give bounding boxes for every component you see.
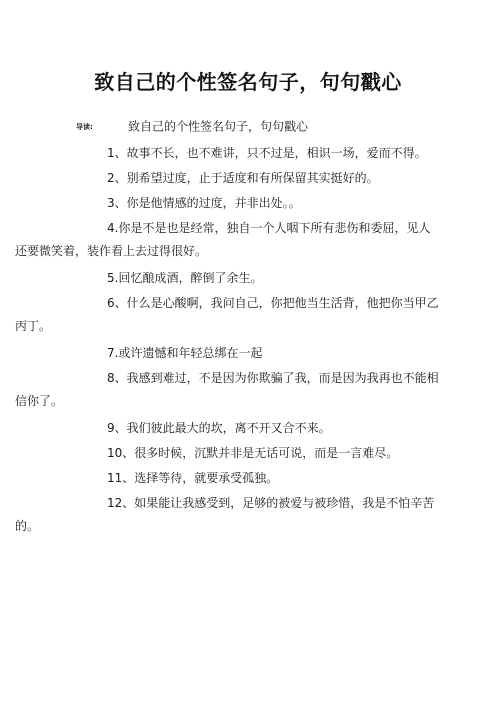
list-item: 9、我们彼此最大的坎，离不开又合不来。 bbox=[15, 417, 440, 440]
list-item: 10、很多时候，沉默并非是无话可说，而是一言难尽。 bbox=[15, 442, 440, 465]
list-item: 4.你是不是也是经常，独自一个人咽下所有悲伤和委屈，见人还要微笑着，装作看上去过… bbox=[15, 217, 440, 263]
document-page: 致自己的个性签名句子，句句戳心 导读:致自己的个性签名句子，句句戳心 1、故事不… bbox=[0, 0, 496, 702]
list-item: 5.回忆酿成酒，醉倒了余生。 bbox=[15, 267, 440, 290]
list-item: 6、什么是心酸啊，我问自己，你把他当生活背，他把你当甲乙丙丁。 bbox=[15, 292, 440, 338]
list-item: 3、你是他情感的过度，并非出处。。 bbox=[15, 192, 440, 215]
lead-section: 导读:致自己的个性签名句子，句句戳心 bbox=[76, 118, 308, 135]
list-item: 8、我感到难过，不是因为你欺骗了我，而是因为我再也不能相信你了。 bbox=[15, 367, 440, 413]
list-item: 12、如果能让我感受到，足够的被爱与被珍惜，我是不怕辛苦的。 bbox=[15, 492, 440, 538]
lead-label: 导读: bbox=[76, 119, 128, 135]
document-title: 致自己的个性签名句子，句句戳心 bbox=[0, 69, 496, 95]
lead-text: 致自己的个性签名句子，句句戳心 bbox=[128, 120, 308, 134]
list-item: 11、选择等待，就要承受孤独。 bbox=[15, 467, 440, 490]
list-item: 1、故事不长，也不难讲，只不过是，相识一场，爱而不得。 bbox=[15, 142, 440, 165]
list-item: 7.或许遗憾和年轻总绑在一起 bbox=[15, 342, 440, 365]
list-item: 2、别希望过度，止于适度和有所保留其实挺好的。 bbox=[15, 167, 440, 190]
